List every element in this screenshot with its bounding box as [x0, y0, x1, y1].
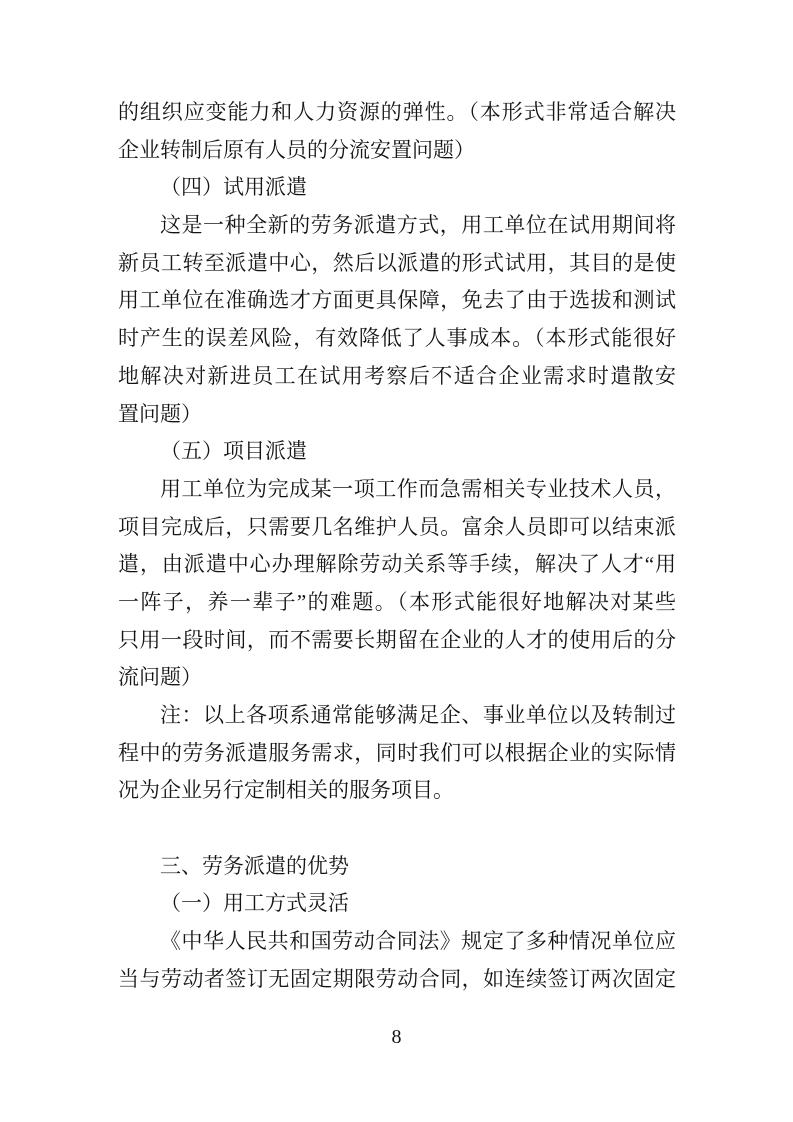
- page-number: 8: [0, 1026, 793, 1049]
- text-line: 地解决对新进员工在试用考察后不适合企业需求时遣散安: [118, 358, 676, 396]
- document-page: 的组织应变能力和人力资源的弹性。（本形式非常适合解决 企业转制后原有人员的分流安…: [0, 0, 793, 1122]
- text-line: 一阵子，养一辈子”的难题。（本形式能很好地解决对某些: [118, 584, 676, 622]
- text-line: 注：以上各项系通常能够满足企、事业单位以及转制过: [118, 697, 676, 735]
- text-line: 用工单位在准确选才方面更具保障，免去了由于选拔和测试: [118, 282, 676, 320]
- text-line: 遣，由派遣中心办理解除劳动关系等手续，解决了人才“用: [118, 546, 676, 584]
- text-line: 程中的劳务派遣服务需求，同时我们可以根据企业的实际情: [118, 735, 676, 773]
- section-heading: 三、劳务派遣的优势: [118, 848, 676, 886]
- text-line: 置问题）: [118, 396, 676, 434]
- text-line: 况为企业另行定制相关的服务项目。: [118, 772, 676, 810]
- text-line: 企业转制后原有人员的分流安置问题）: [118, 132, 676, 170]
- text-line: 当与劳动者签订无固定期限劳动合同，如连续签订两次固定: [118, 961, 676, 999]
- text-line: 新员工转至派遣中心，然后以派遣的形式试用，其目的是使: [118, 245, 676, 283]
- section-heading: （五）项目派遣: [118, 433, 676, 471]
- text-line: 流问题）: [118, 659, 676, 697]
- text-line: 时产生的误差风险，有效降低了人事成本。（本形式能很好: [118, 320, 676, 358]
- section-gap: [118, 810, 676, 848]
- section-heading: （一）用工方式灵活: [118, 885, 676, 923]
- text-line: 《中华人民共和国劳动合同法》规定了多种情况单位应: [118, 923, 676, 961]
- document-body: 的组织应变能力和人力资源的弹性。（本形式非常适合解决 企业转制后原有人员的分流安…: [118, 94, 676, 999]
- text-line: 用工单位为完成某一项工作而急需相关专业技术人员，: [118, 471, 676, 509]
- section-heading: （四）试用派遣: [118, 169, 676, 207]
- text-line: 项目完成后，只需要几名维护人员。富余人员即可以结束派: [118, 509, 676, 547]
- text-line: 只用一段时间，而不需要长期留在企业的人才的使用后的分: [118, 622, 676, 660]
- text-line: 的组织应变能力和人力资源的弹性。（本形式非常适合解决: [118, 94, 676, 132]
- text-line: 这是一种全新的劳务派遣方式，用工单位在试用期间将: [118, 207, 676, 245]
